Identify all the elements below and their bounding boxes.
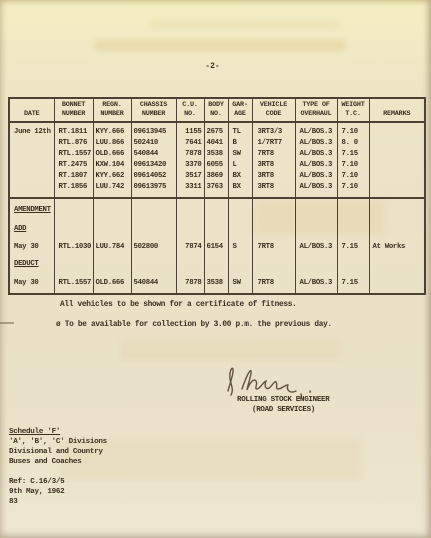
cell-regn: LUU.742 [93, 182, 131, 199]
cell-chassis: 540844 [131, 272, 176, 294]
header-vehicle-code: VEHICLECODE [252, 98, 295, 122]
cell-bonnet: RTL.1557 [54, 149, 93, 160]
cell-code: 3RT8 [252, 171, 295, 182]
cell-code: 7RT8 [252, 149, 295, 160]
cell-weight: 8. 0 [337, 138, 369, 149]
cell-body: 2675 [204, 122, 228, 138]
table-main-section: June 12th RT.1811 KYY.666 09613945 1155 … [9, 122, 425, 198]
table-header: DATE BONNETNUMBER REGN.NUMBER CHASSISNUM… [9, 98, 425, 122]
table-row: RTL.1557 OLD.666 540844 7878 3538 SW 7RT… [9, 149, 425, 160]
cell-cu: 1155 [176, 122, 204, 138]
cell-remarks [369, 272, 425, 294]
cell-regn: LUU.866 [93, 138, 131, 149]
cell-remarks [369, 182, 425, 199]
divisions-line: 'A', 'B', 'C' Divisions [9, 437, 107, 447]
cell-code: 1/7RT7 [252, 138, 295, 149]
add-label: ADD [14, 225, 26, 233]
cell-regn: OLD.666 [93, 149, 131, 160]
cell-weight: 7.10 [337, 160, 369, 171]
cell-overhaul: AL/BOS.3 [295, 138, 337, 149]
amendment-label-row: AMENDMENT [9, 198, 425, 220]
cell-regn: OLD.666 [93, 272, 131, 294]
cell-chassis: 09613945 [131, 122, 176, 138]
header-remarks: REMARKS [369, 98, 425, 122]
buses-coaches-line: Buses and Coaches [9, 457, 107, 467]
header-bonnet-number: BONNETNUMBER [54, 98, 93, 122]
cell-bonnet: RT.1856 [54, 182, 93, 199]
cell-bonnet: RT.1811 [54, 122, 93, 138]
table-row-deduct: May 30 RTL.1557 OLD.666 540844 7878 3538… [9, 272, 425, 294]
header-weight: WEIGHTT.C. [337, 98, 369, 122]
cell-cu: 7878 [176, 272, 204, 294]
cell-overhaul: AL/BOS.3 [295, 238, 337, 255]
cell-weight: 7.15 [337, 149, 369, 160]
note-certificate-of-fitness: All vehicles to be shown for a certifica… [60, 301, 296, 309]
cell-remarks: At Works [369, 238, 425, 255]
table-row: RT.1807 KYY.662 09614052 3517 3869 BX 3R… [9, 171, 425, 182]
bleed-through-smudge [150, 20, 340, 28]
cell-chassis: 502800 [131, 238, 176, 255]
cell-code: 3RT3/3 [252, 122, 295, 138]
table-row: RTL.876 LUU.866 502410 7641 4041 B 1/7RT… [9, 138, 425, 149]
add-label-row: ADD [9, 220, 425, 238]
bleed-through-smudge [95, 40, 345, 51]
cell-garage: SW [228, 149, 252, 160]
cell-code: 3RT8 [252, 182, 295, 199]
scanned-document-page: -2- DATE BONNETNUMBER REGN.NUMBER CHASSI… [0, 0, 431, 538]
cell-bonnet: RTL.1557 [54, 272, 93, 294]
cell-weight: 7.10 [337, 182, 369, 199]
footer-block: Schedule 'F' 'A', 'B', 'C' Divisions Div… [9, 427, 107, 507]
spacer [9, 467, 107, 477]
cell-bonnet: RT.2475 [54, 160, 93, 171]
cell-date: May 30 [9, 238, 54, 255]
cell-garage: BX [228, 171, 252, 182]
cell-regn: KXW.104 [93, 160, 131, 171]
table-row-add: May 30 RTL.1030 LUU.784 502800 7874 6154… [9, 238, 425, 255]
deduct-label-row: DEDUCT [9, 255, 425, 272]
header-regn-number: REGN.NUMBER [93, 98, 131, 122]
table-row: RT.2475 KXW.104 09613420 3370 6055 L 3RT… [9, 160, 425, 171]
cell-date [9, 138, 54, 149]
amendment-label: AMENDMENT [14, 206, 51, 214]
cell-code: 3RT8 [252, 160, 295, 171]
header-type-of-overhaul: TYPE OFOVERHAUL [295, 98, 337, 122]
cell-bonnet: RTL.876 [54, 138, 93, 149]
table-row: RT.1856 LUU.742 09613975 3311 3763 BX 3R… [9, 182, 425, 199]
cell-cu: 7878 [176, 149, 204, 160]
cell-regn: LUU.784 [93, 238, 131, 255]
header-garage: GAR-AGE [228, 98, 252, 122]
header-date: DATE [9, 98, 54, 122]
cell-garage: B [228, 138, 252, 149]
cell-cu: 3370 [176, 160, 204, 171]
margin-mark [0, 322, 14, 324]
cell-regn: KYY.662 [93, 171, 131, 182]
cell-overhaul: AL/BOS.3 [295, 122, 337, 138]
deduct-label: DEDUCT [14, 260, 38, 268]
signatory-department: (ROAD SERVICES) [252, 406, 315, 414]
cell-date [9, 160, 54, 171]
cell-date [9, 182, 54, 199]
vehicle-overhaul-table: DATE BONNETNUMBER REGN.NUMBER CHASSISNUM… [8, 97, 426, 295]
signatory-title: ROLLING STOCK ENGINEER [237, 396, 329, 404]
cell-body: 6154 [204, 238, 228, 255]
cell-chassis: 540844 [131, 149, 176, 160]
cell-weight: 7.15 [337, 238, 369, 255]
cell-overhaul: AL/BOS.3 [295, 149, 337, 160]
cell-overhaul: AL/BOS.3 [295, 272, 337, 294]
cell-garage: S [228, 238, 252, 255]
cell-weight: 7.10 [337, 171, 369, 182]
cell-chassis: 502410 [131, 138, 176, 149]
cell-date: May 30 [9, 272, 54, 294]
cell-garage: TL [228, 122, 252, 138]
cell-weight: 7.10 [337, 122, 369, 138]
header-cu-no: C.U.NO. [176, 98, 204, 122]
cell-body: 6055 [204, 160, 228, 171]
cell-cu: 7641 [176, 138, 204, 149]
cell-body: 3538 [204, 272, 228, 294]
cell-cu: 3517 [176, 171, 204, 182]
cell-body: 3538 [204, 149, 228, 160]
cell-bonnet: RT.1807 [54, 171, 93, 182]
cell-remarks [369, 171, 425, 182]
handwritten-signature [218, 364, 323, 400]
cell-regn: KYY.666 [93, 122, 131, 138]
cell-body: 4041 [204, 138, 228, 149]
bleed-through-smudge [120, 340, 340, 360]
cell-chassis: 09614052 [131, 171, 176, 182]
cell-overhaul: AL/BOS.3 [295, 160, 337, 171]
cell-garage: BX [228, 182, 252, 199]
cell-date [9, 171, 54, 182]
header-body-no: BODYNO. [204, 98, 228, 122]
cell-chassis: 09613975 [131, 182, 176, 199]
cell-weight: 7.15 [337, 272, 369, 294]
cell-overhaul: AL/BOS.3 [295, 182, 337, 199]
divisional-country-line: Divisional and Country [9, 447, 107, 457]
cell-chassis: 09613420 [131, 160, 176, 171]
cell-remarks [369, 122, 425, 138]
sheet-number: 83 [9, 497, 107, 507]
cell-overhaul: AL/BOS.3 [295, 171, 337, 182]
table-amendment-section: AMENDMENT ADD May 30 RTL.1030 LUU.784 50… [9, 198, 425, 294]
page-number: -2- [0, 62, 425, 71]
cell-body: 3763 [204, 182, 228, 199]
document-date: 9th May, 1962 [9, 487, 107, 497]
note-collection-time: ø To be available for collection by 3.00… [56, 321, 332, 329]
cell-garage: L [228, 160, 252, 171]
cell-remarks [369, 160, 425, 171]
cell-garage: SW [228, 272, 252, 294]
cell-remarks [369, 149, 425, 160]
reference-number: Ref: C.16/3/5 [9, 477, 107, 487]
cell-bonnet: RTL.1030 [54, 238, 93, 255]
schedule-label: Schedule 'F' [9, 427, 107, 437]
table-row: June 12th RT.1811 KYY.666 09613945 1155 … [9, 122, 425, 138]
header-chassis-number: CHASSISNUMBER [131, 98, 176, 122]
cell-code: 7RT8 [252, 272, 295, 294]
cell-code: 7RT8 [252, 238, 295, 255]
cell-remarks [369, 138, 425, 149]
cell-date [9, 149, 54, 160]
cell-cu: 3311 [176, 182, 204, 199]
cell-cu: 7874 [176, 238, 204, 255]
cell-date: June 12th [9, 122, 54, 138]
cell-body: 3869 [204, 171, 228, 182]
